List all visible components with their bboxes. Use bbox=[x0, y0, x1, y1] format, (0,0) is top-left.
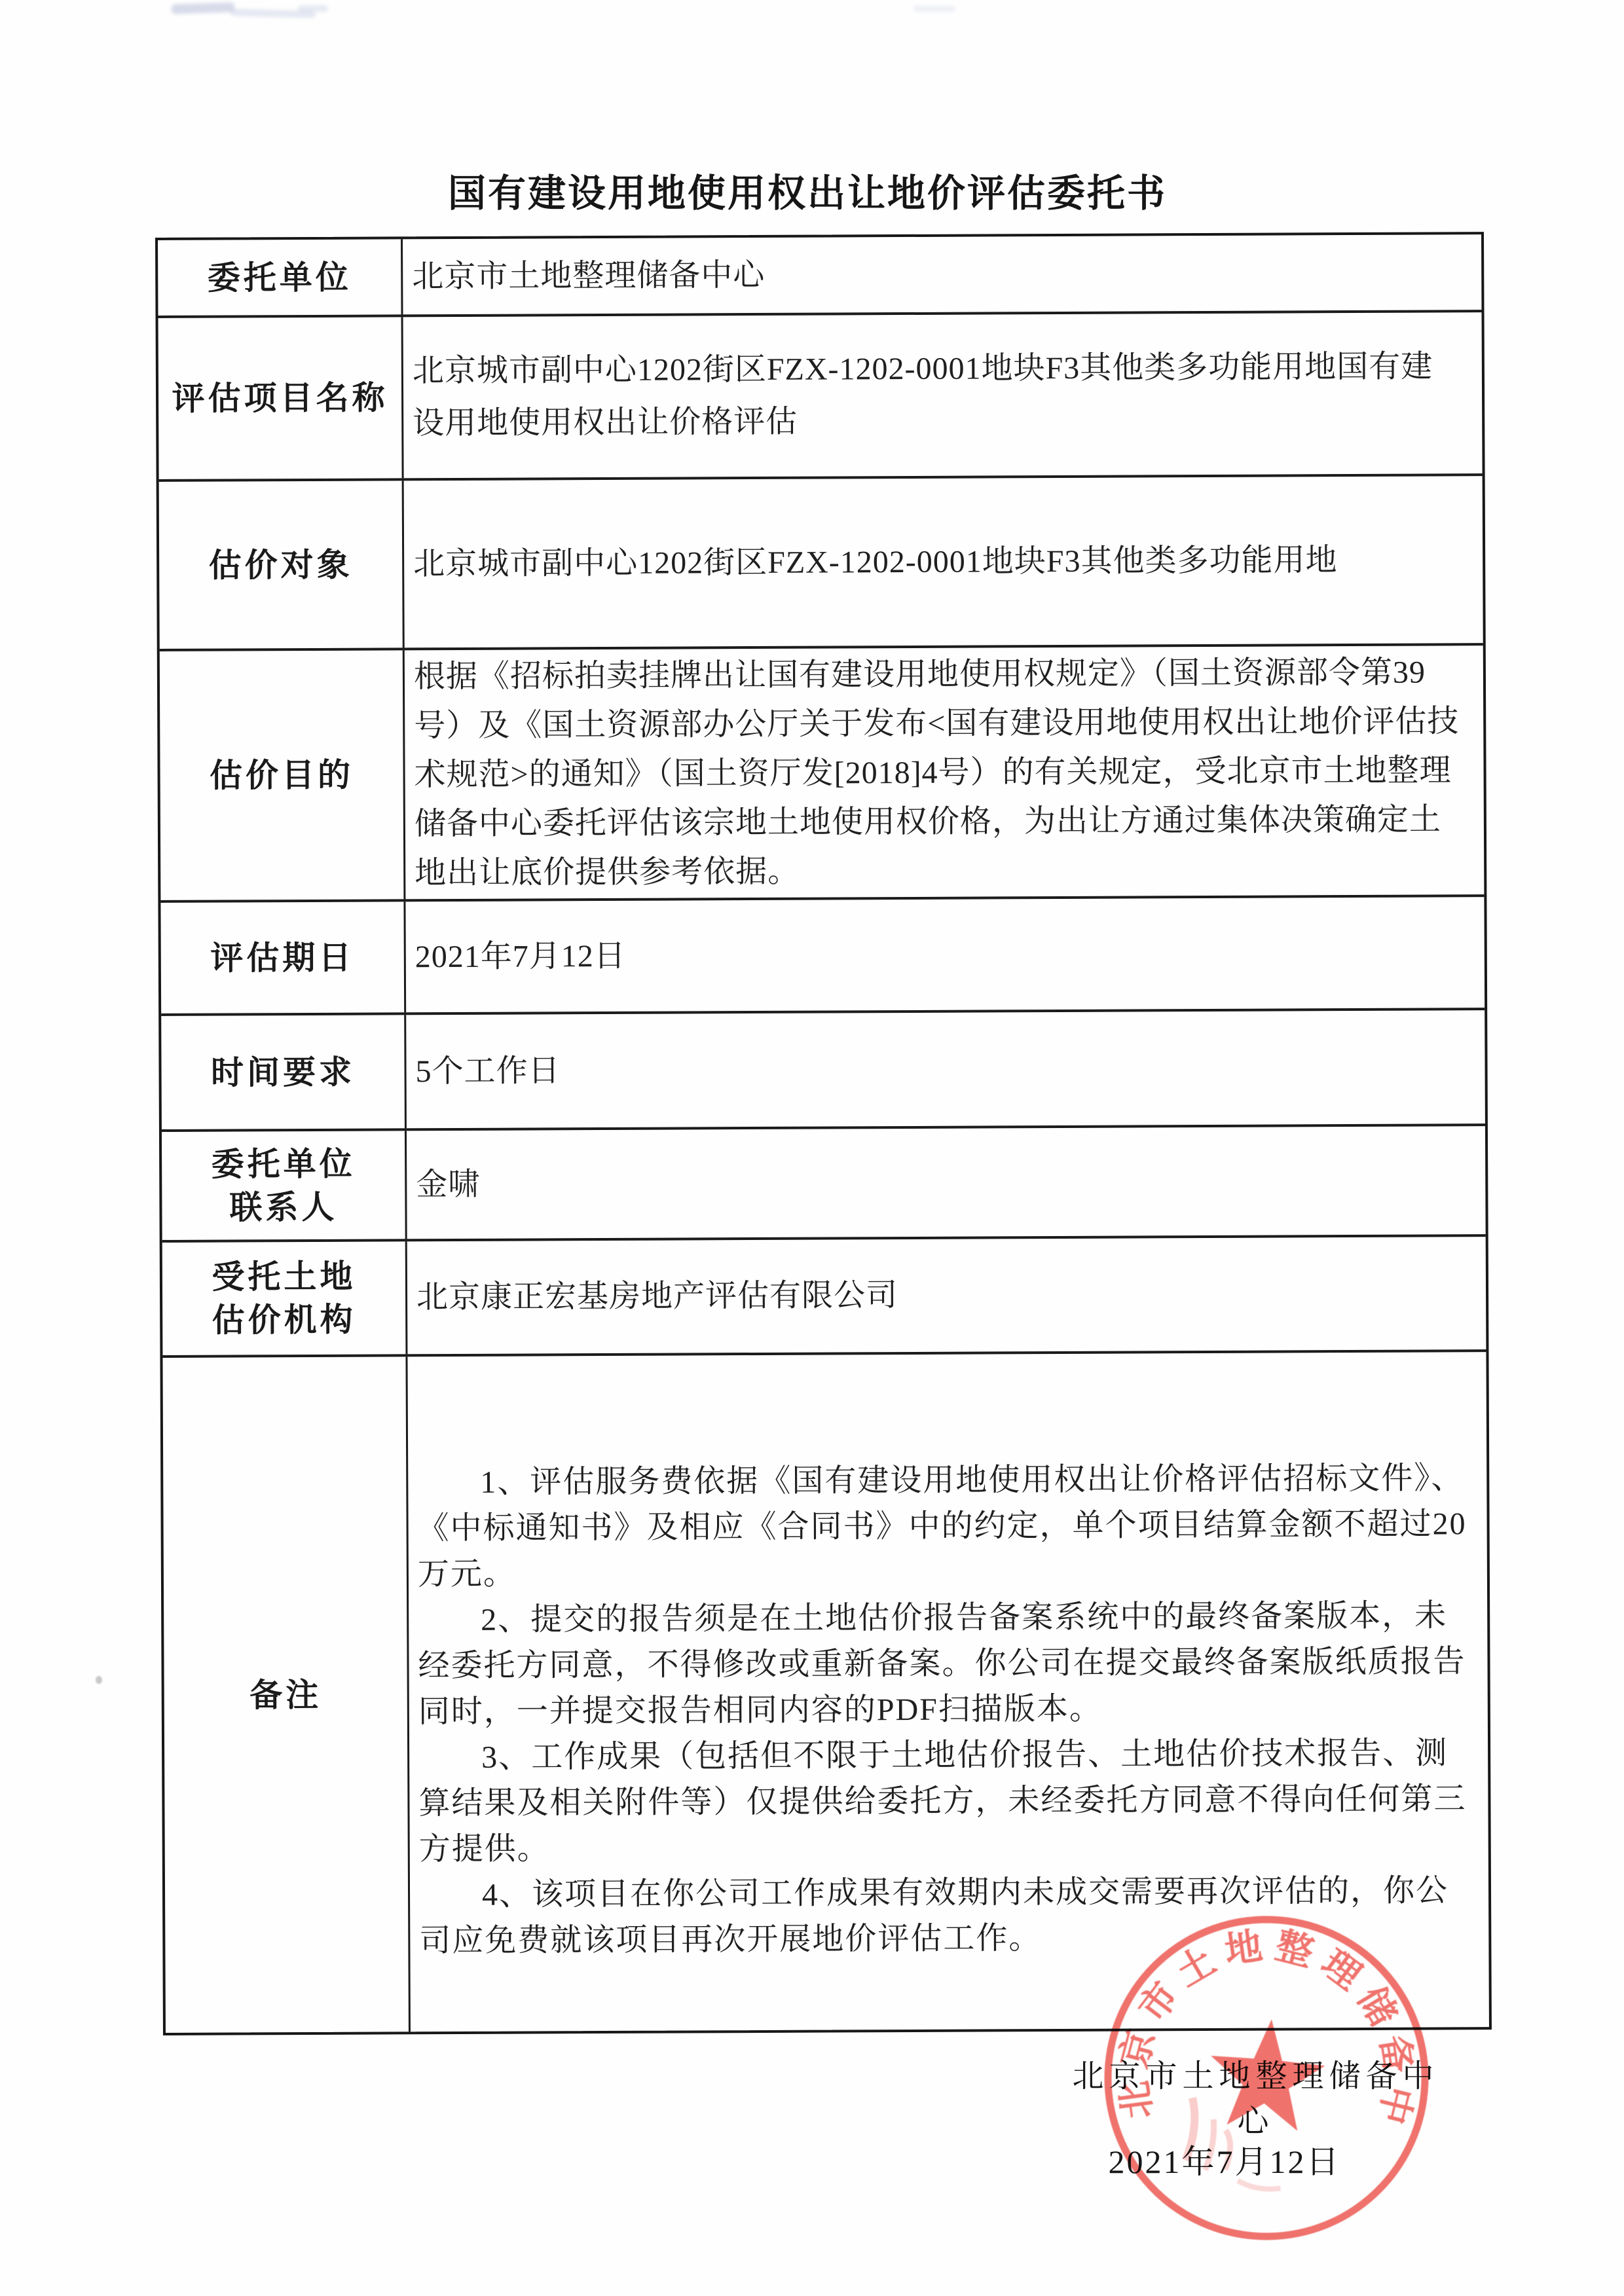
scanned-document-page: 国有建设用地使用权出让地价评估委托书 委托单位 北京市土地整理储备中心 评估项目… bbox=[0, 0, 1624, 2296]
row-label: 估价目的 bbox=[160, 650, 406, 900]
row-value-text: 根据《招标拍卖挂牌出让国有建设用地使用权规定》（国土资源部令第39号）及《国土资… bbox=[414, 647, 1467, 898]
row-appraisal-purpose: 估价目的 根据《招标拍卖挂牌出让国有建设用地使用权规定》（国土资源部令第39号）… bbox=[160, 643, 1485, 900]
row-project-name: 评估项目名称 北京城市副中心1202街区FZX-1202-0001地块F3其他类… bbox=[158, 310, 1483, 479]
row-value-text: 北京市土地整理储备中心 bbox=[412, 248, 1464, 301]
page-title: 国有建设用地使用权出让地价评估委托书 bbox=[0, 162, 1615, 217]
row-entrusted-agency: 受托土地 估价机构 北京康正宏基房地产评估有限公司 bbox=[162, 1234, 1486, 1355]
scan-smudge bbox=[298, 5, 328, 12]
seal-ink-smudge bbox=[1186, 2098, 1197, 2160]
row-value-text: 北京城市副中心1202街区FZX-1202-0001地块F3其他类多功能用地国有… bbox=[413, 340, 1466, 450]
seal-ring-text: 北京市土地整理储备中心 bbox=[1082, 1893, 1438, 2147]
scan-smudge bbox=[172, 2, 234, 14]
row-value: 北京康正宏基房地产评估有限公司 bbox=[407, 1237, 1486, 1354]
row-value: 金啸 bbox=[407, 1126, 1486, 1239]
row-appraisal-object: 估价对象 北京城市副中心1202街区FZX-1202-0001地块F3其他类多功… bbox=[159, 473, 1483, 649]
row-value-text: 金啸 bbox=[416, 1156, 1468, 1209]
remark-item-1: 1、评估服务费依据《国有建设用地使用权出让价格评估招标文件》、《中标通知书》及相… bbox=[417, 1455, 1470, 1597]
row-value: 北京城市副中心1202街区FZX-1202-0001地块F3其他类多功能用地国有… bbox=[403, 312, 1483, 478]
scan-smudge bbox=[913, 6, 955, 12]
row-value: 根据《招标拍卖挂牌出让国有建设用地使用权规定》（国土资源部令第39号）及《国土资… bbox=[405, 646, 1485, 899]
row-label: 时间要求 bbox=[161, 1015, 407, 1129]
scan-speck bbox=[96, 1676, 102, 1684]
row-value-text: 2021年7月12日 bbox=[415, 928, 1467, 981]
red-seal-stamp: 北京市土地整理储备中心 bbox=[1082, 1893, 1450, 2262]
row-value: 北京城市副中心1202街区FZX-1202-0001地块F3其他类多功能用地 bbox=[404, 476, 1483, 647]
row-label: 估价对象 bbox=[159, 481, 405, 649]
row-value-text: 北京城市副中心1202街区FZX-1202-0001地块F3其他类多功能用地 bbox=[413, 536, 1466, 589]
entrustment-form-table: 委托单位 北京市土地整理储备中心 评估项目名称 北京城市副中心1202街区FZX… bbox=[155, 232, 1492, 2035]
svg-text:北京市土地整理储备中心: 北京市土地整理储备中心 bbox=[1082, 1893, 1438, 2147]
seal-star-icon bbox=[1205, 2014, 1329, 2133]
row-label: 委托单位 bbox=[158, 239, 403, 316]
row-label: 评估项目名称 bbox=[158, 317, 404, 479]
remark-item-2: 2、提交的报告须是在土地估价报告备案系统中的最终备案版本，未经委托方同意，不得修… bbox=[418, 1593, 1471, 1735]
row-label: 受托土地 估价机构 bbox=[162, 1241, 408, 1355]
row-contact-person: 委托单位 联系人 金啸 bbox=[162, 1123, 1486, 1240]
row-value: 2021年7月12日 bbox=[405, 897, 1485, 1012]
remark-item-3: 3、工作成果（包括但不限于土地估价报告、土地估价技术报告、测算结果及相关附件等）… bbox=[418, 1730, 1471, 1872]
row-value-text: 北京康正宏基房地产评估有限公司 bbox=[416, 1269, 1469, 1322]
row-label: 委托单位 联系人 bbox=[162, 1131, 407, 1240]
row-value-text: 5个工作日 bbox=[415, 1043, 1467, 1096]
seal-ink-smudge bbox=[1237, 2181, 1281, 2191]
row-value: 5个工作日 bbox=[406, 1010, 1485, 1128]
row-value: 北京市土地整理储备中心 bbox=[403, 234, 1481, 314]
row-label: 评估期日 bbox=[160, 902, 406, 1013]
row-entrusting-unit: 委托单位 北京市土地整理储备中心 bbox=[158, 234, 1481, 316]
row-time-requirement: 时间要求 5个工作日 bbox=[161, 1008, 1485, 1129]
seal-ink-smudge bbox=[1205, 2119, 1232, 2172]
row-valuation-date: 评估期日 2021年7月12日 bbox=[160, 894, 1485, 1013]
row-label: 备注 bbox=[162, 1357, 410, 2033]
